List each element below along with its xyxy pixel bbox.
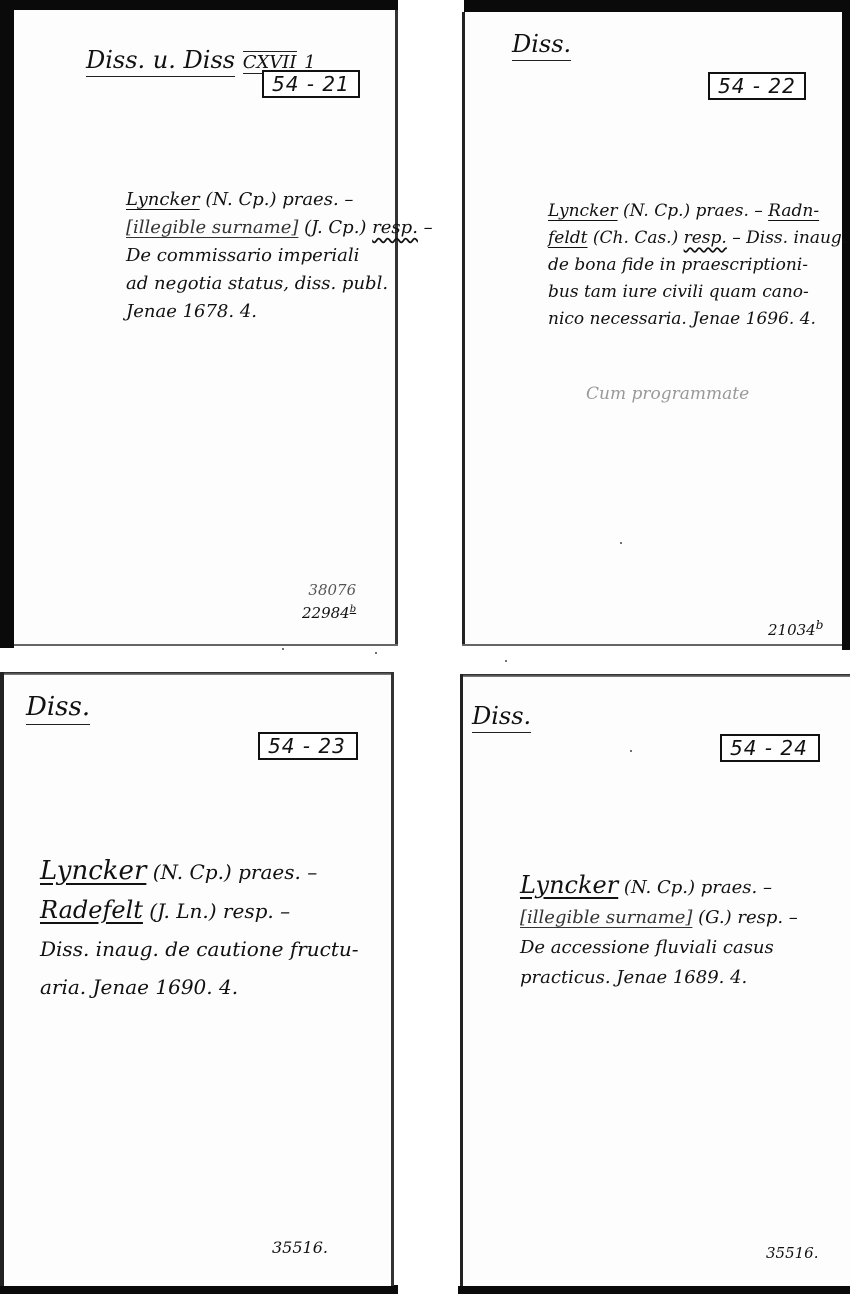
catalog-card-54-22: Diss. 54 - 22 Lyncker (N. Cp.) praes. – … [462,12,842,646]
entry-line: Lyncker (N. Cp.) praes. – [40,852,359,891]
speck [630,750,632,752]
card-edge [391,672,394,1286]
classification-main: Diss. u. Diss [86,46,235,77]
shelfmark-box: 54 - 22 [708,72,806,100]
pencil-note: Cum programmate [586,384,749,404]
title-line: De commissario imperiali [126,242,433,270]
card-edge [462,644,842,646]
classification-note: Diss. [472,702,531,730]
speck [282,648,284,650]
accession-number: 35516. [272,1238,328,1257]
entry-line: Radefelt (J. Ln.) resp. – [40,891,359,930]
accession-numbers: 21034b [768,618,823,639]
respondent-name: [illegible surname] [126,217,298,238]
title-line: De accessione fluviali casus [520,933,798,963]
catalog-card-54-24: Diss. 54 - 24 Lyncker (N. Cp.) praes. – … [460,674,850,1286]
speck [375,652,377,654]
bibliographic-entry: Lyncker (N. Cp.) praes. – [illegible sur… [520,870,798,993]
scan-border-left [0,0,14,648]
card-edge [395,10,398,646]
accession-number: 35516. [766,1244,819,1262]
praeses-name: Lyncker [40,856,146,886]
title-line: bus tam iure civili quam cano- [548,279,847,306]
praeses-name: Lyncker [520,871,618,899]
entry-line: Lyncker (N. Cp.) praes. – Radn- [548,198,847,225]
respondent-name: Radefelt [40,896,143,924]
catalog-card-54-21: Diss. u. Diss CXVII 1 54 - 21 Lyncker (N… [14,10,398,646]
imprint-line: Jenae 1678. 4. [126,298,433,326]
entry-line: Lyncker (N. Cp.) praes. – [126,186,433,214]
card-edge [462,12,465,646]
entry-line: feldt (Ch. Cas.) resp. – Diss. inaug. [548,225,847,252]
card-edge [460,674,463,1286]
accession-number: 38076 [302,580,356,600]
accession-number: 22984b [302,600,356,623]
speck [620,542,622,544]
card-edge [0,672,394,675]
imprint-line: nico necessaria. Jenae 1696. 4. [548,306,847,333]
classification-note: Diss. [512,30,571,58]
accession-number: 21034 [768,621,816,639]
entry-line: [illegible surname] (J. Cp.) resp. – [126,214,433,242]
respondent-name: Radn- [768,201,819,221]
title-line: ad negotia status, diss. publ. [126,270,433,298]
card-edge [460,674,850,677]
card-edge [14,644,398,646]
bibliographic-entry: Lyncker (N. Cp.) praes. – Radefelt (J. L… [40,852,359,1006]
praeses-name: Lyncker [548,201,618,221]
scan-border-top-right [464,0,850,12]
bibliographic-entry: Lyncker (N. Cp.) praes. – Radn- feldt (C… [548,198,847,333]
imprint-line: aria. Jenae 1690. 4. [40,968,359,1006]
title-line: de bona fide in praescriptioni- [548,252,847,279]
accession-numbers: 38076 22984b [302,580,356,623]
imprint-line: practicus. Jenae 1689. 4. [520,963,798,993]
respondent-name: [illegible surname] [520,907,692,928]
card-edge [0,672,4,1286]
bibliographic-entry: Lyncker (N. Cp.) praes. – [illegible sur… [126,186,433,326]
title-line: Diss. inaug. de cautione fructu- [40,930,359,968]
shelfmark-box: 54 - 23 [258,732,358,760]
scan-border-bottom-right [458,1286,850,1294]
entry-line: Lyncker (N. Cp.) praes. – [520,870,798,903]
entry-line: [illegible surname] (G.) resp. – [520,903,798,933]
scan-border-bottom-left [0,1285,398,1294]
shelfmark-box: 54 - 21 [262,70,360,98]
classification-note: Diss. [26,692,90,722]
catalog-card-54-23: Diss. 54 - 23 Lyncker (N. Cp.) praes. – … [0,672,394,1286]
shelfmark-box: 54 - 24 [720,734,820,762]
scan-border-top-left [0,0,398,10]
praeses-name: Lyncker [126,189,200,210]
speck [505,660,507,662]
